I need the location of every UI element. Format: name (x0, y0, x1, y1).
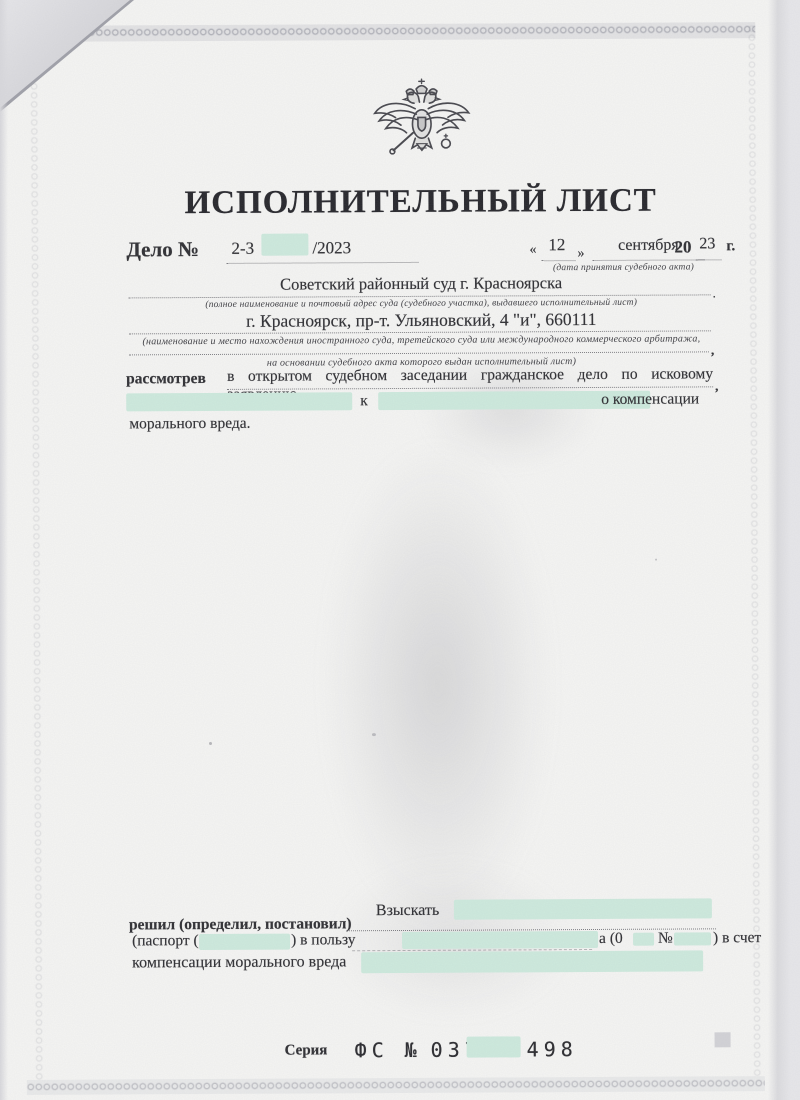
court-name: Советский районный суд г. Красноярска (129, 272, 714, 295)
passport-open: (паспорт ( (132, 932, 199, 950)
redaction-debtor (454, 898, 712, 919)
russian-coat-of-arms-eagle (366, 76, 478, 171)
case-number-prefix: 2-3 (231, 239, 254, 259)
paper-speck (655, 559, 657, 561)
paper-speck (372, 733, 376, 736)
case-number-suffix: /2023 (312, 238, 351, 258)
year-era: г. (726, 238, 735, 255)
document-page: ИСПОЛНИТЕЛЬНЫЙ ЛИСТ Дело № 2-3 /2023 « 1… (0, 0, 800, 1100)
month-underline (592, 259, 704, 261)
scan-edge-left (0, 0, 8, 1100)
redaction-account-1 (633, 933, 654, 946)
serial-number-last: 498 (527, 1037, 578, 1061)
case-number-underline (226, 262, 418, 264)
redaction-passport (199, 934, 290, 950)
serial-no-sign: № (405, 1038, 417, 1062)
decision-mid: а (0 (599, 930, 623, 948)
redaction-creditor (402, 931, 598, 949)
considered-connector: к (360, 392, 368, 410)
court-address: г. Красноярск, пр-т. Ульяновский, 4 "и",… (129, 308, 714, 332)
considered-lead: рассмотрев (126, 370, 206, 388)
guilloche-border-top (31, 22, 755, 42)
guilloche-border-right (747, 24, 762, 1076)
year-prefix: 20 (674, 237, 691, 257)
case-label: Дело № (126, 237, 199, 262)
passport-close: ) в пользу (291, 931, 356, 949)
redaction-plaintiff (126, 392, 352, 411)
considered-line2-tail: о компенсации (601, 390, 699, 409)
scanner-mark (715, 1032, 731, 1047)
guilloche-border-bottom (27, 1076, 765, 1095)
decision-close: ) в счет (713, 929, 761, 947)
serial-series: ФС (355, 1038, 389, 1062)
day-underline (541, 260, 575, 261)
quote-close: » (577, 246, 584, 262)
order-start: Взыскать с (376, 902, 465, 920)
document-title: ИСПОЛНИТЕЛЬНЫЙ ЛИСТ (128, 182, 713, 222)
decision-number-sign: № (658, 930, 673, 948)
redaction-serial (467, 1036, 521, 1057)
serial-label: Серия (285, 1042, 328, 1059)
redaction-case-number (261, 233, 308, 255)
scan-smudge-center (321, 439, 554, 930)
decision-day: 12 (548, 235, 565, 255)
considered-line3: морального вреда. (129, 415, 250, 434)
redaction-account-2 (674, 932, 711, 945)
guilloche-border-left (29, 28, 44, 1080)
year-underline (695, 259, 721, 260)
year-suffix: 23 (699, 235, 715, 253)
redaction-amount (361, 950, 703, 973)
scan-edge-right (768, 0, 800, 1100)
foreign-court-caption-1: (наименование и место нахождения иностра… (129, 333, 714, 347)
decision-line3: компенсации морального вреда (132, 953, 346, 972)
scanned-writ-of-execution: ИСПОЛНИТЕЛЬНЫЙ ЛИСТ Дело № 2-3 /2023 « 1… (0, 0, 800, 1100)
quote-open: « (529, 242, 536, 258)
paper-speck (209, 742, 212, 745)
line-end-comma-2: , (715, 378, 718, 394)
